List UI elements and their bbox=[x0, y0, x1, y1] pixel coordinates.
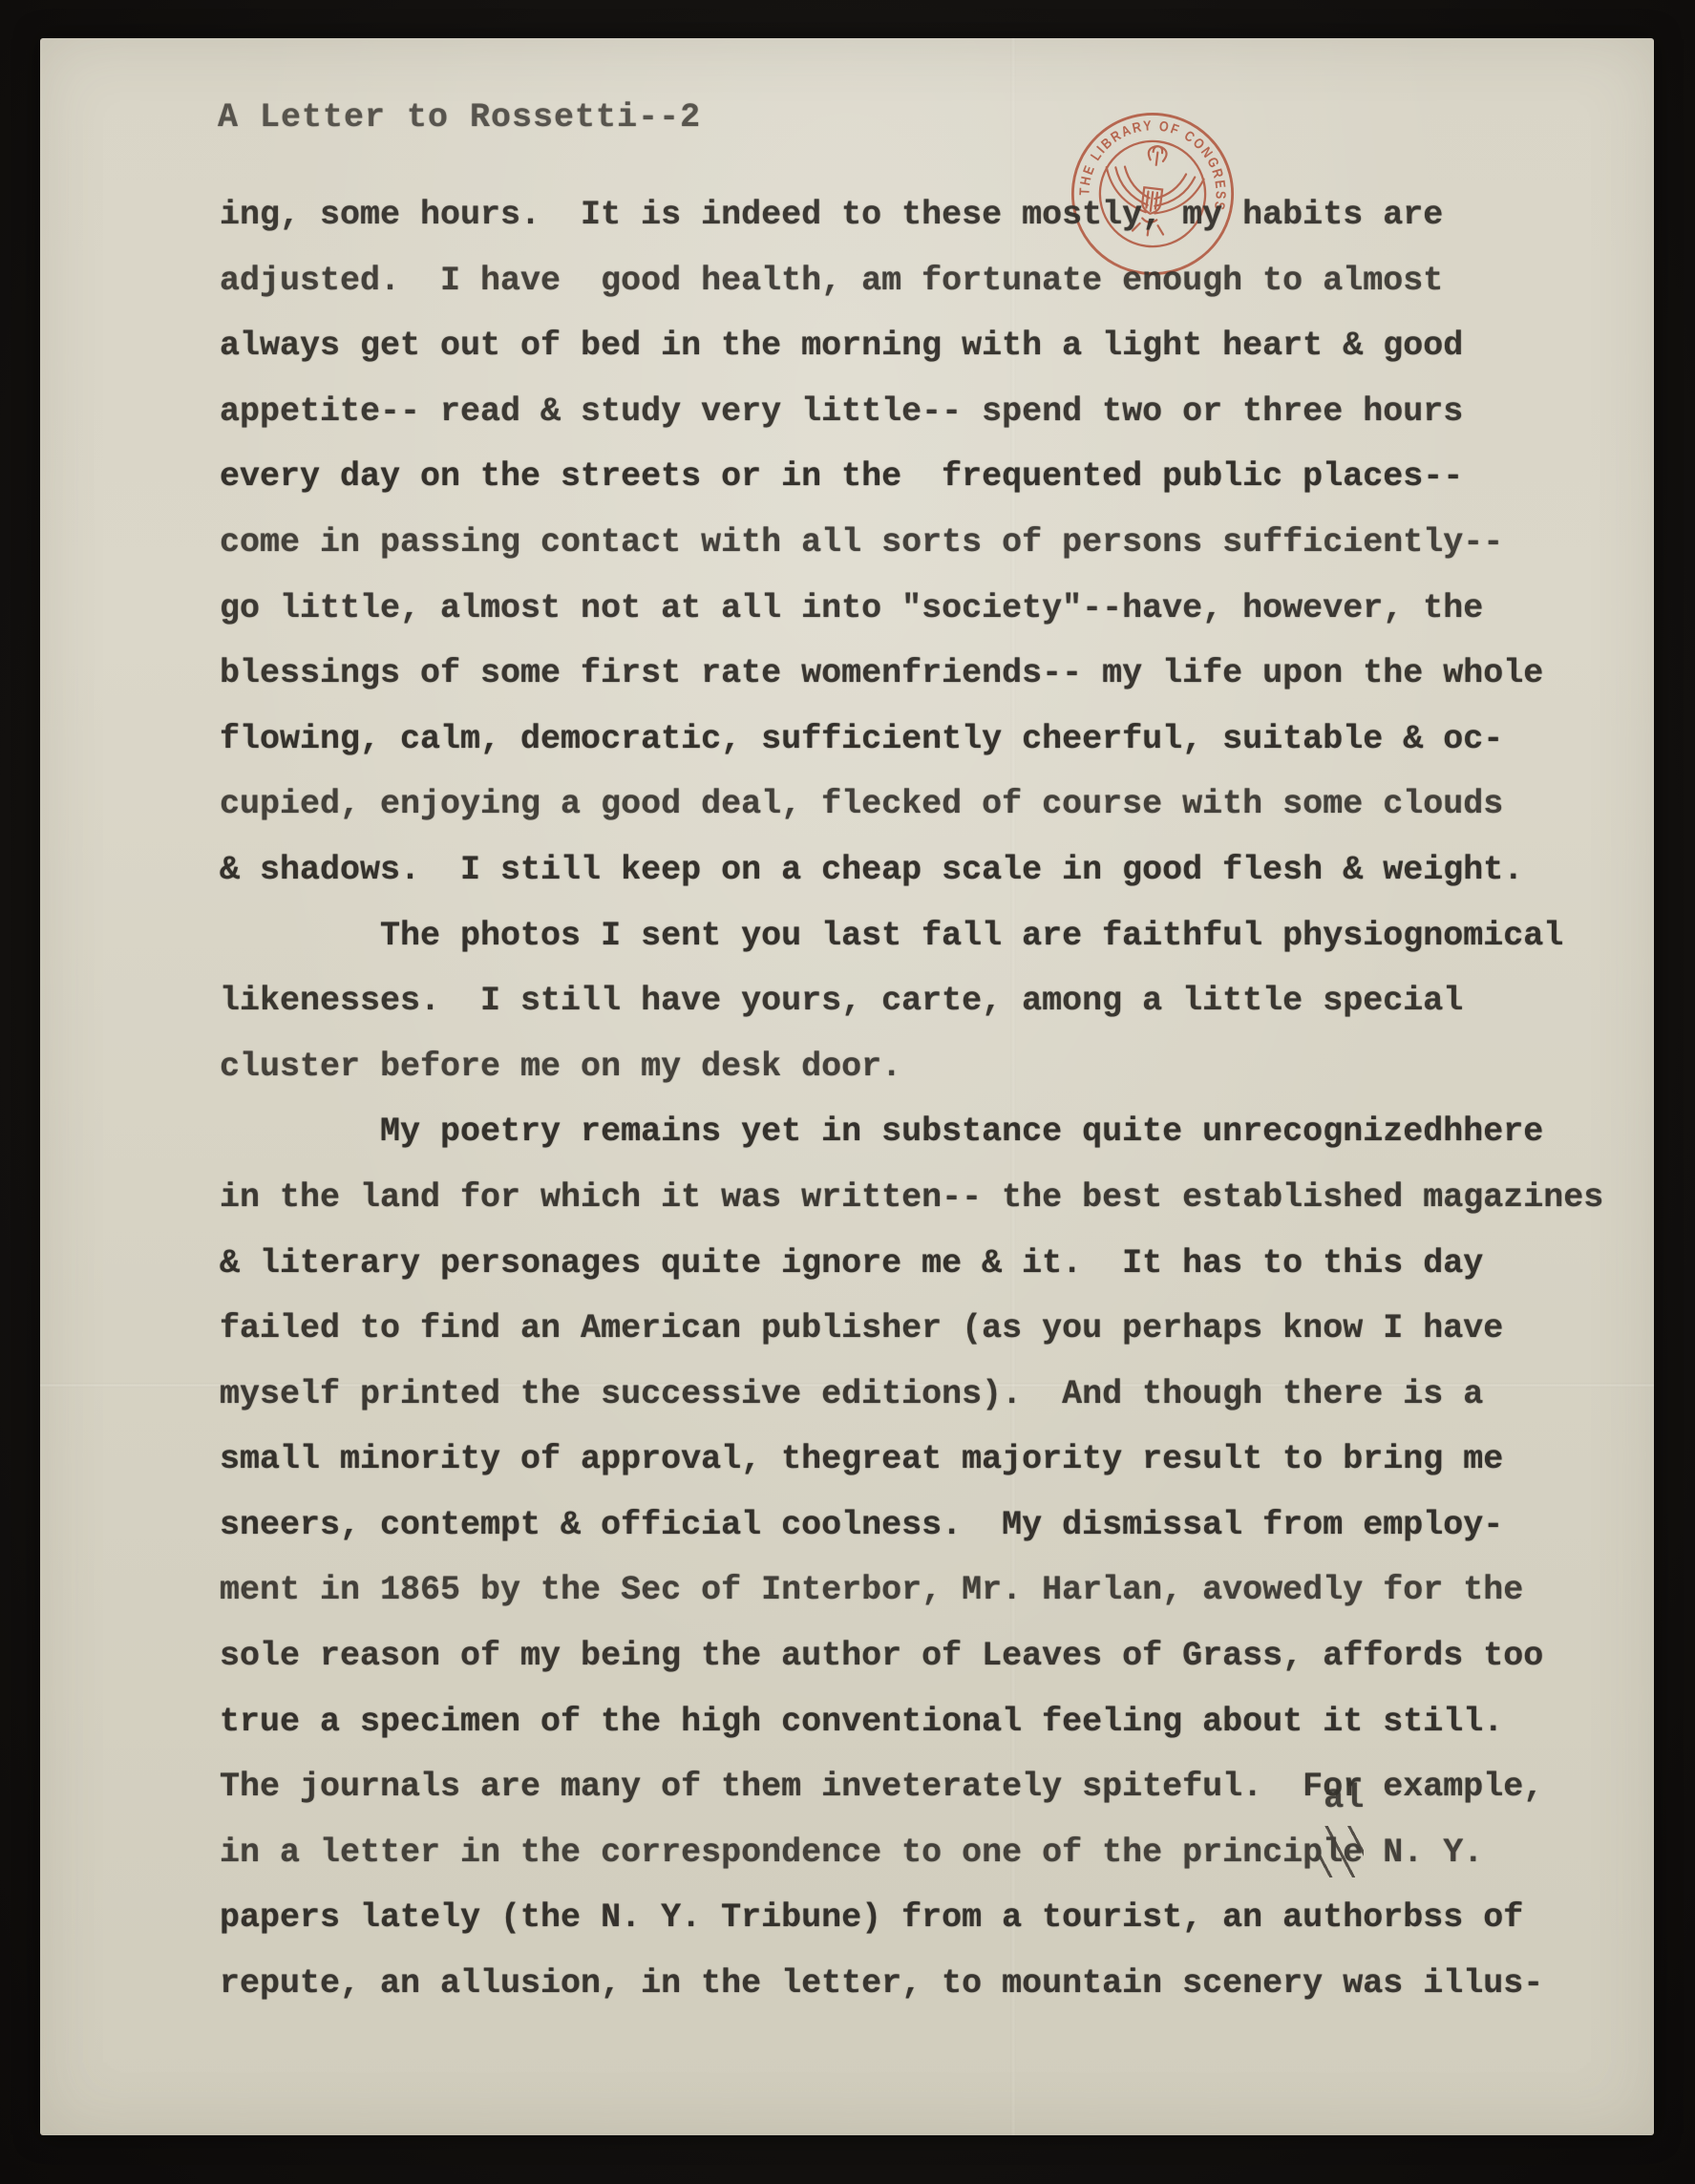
letter-line: in a letter in the correspondence to one… bbox=[220, 1820, 1633, 1886]
letter-line: ment in 1865 by the Sec of Interbor, Mr.… bbox=[220, 1558, 1633, 1623]
letter-line: sneers, contempt & official coolness. My… bbox=[220, 1493, 1633, 1558]
letter-line: failed to find an American publisher (as… bbox=[220, 1296, 1633, 1362]
letter-line: The journals are many of them inveterate… bbox=[220, 1754, 1633, 1820]
letter-line: blessings of some first rate womenfriend… bbox=[220, 641, 1633, 707]
letter-line: The photos I sent you last fall are fait… bbox=[220, 903, 1633, 969]
letter-line: cupied, enjoying a good deal, flecked of… bbox=[220, 772, 1633, 838]
struck-text: leal bbox=[1323, 1820, 1363, 1886]
letter-line: flowing, calm, democratic, sufficiently … bbox=[220, 707, 1633, 773]
letter-line: in the land for which it was written-- t… bbox=[220, 1165, 1633, 1231]
letter-line: appetite-- read & study very little-- sp… bbox=[220, 379, 1633, 445]
letter-body: ing, some hours. It is indeed to these m… bbox=[220, 182, 1633, 2017]
letter-line: repute, an allusion, in the letter, to m… bbox=[220, 1951, 1633, 2017]
letter-line: myself printed the successive editions).… bbox=[220, 1362, 1633, 1428]
typed-correction: al bbox=[1324, 1776, 1364, 1820]
letter-line: cluster before me on my desk door. bbox=[220, 1034, 1633, 1100]
letter-line: small minority of approval, thegreat maj… bbox=[220, 1427, 1633, 1493]
letter-line: likenesses. I still have yours, carte, a… bbox=[220, 968, 1633, 1034]
letter-line: My poetry remains yet in substance quite… bbox=[220, 1099, 1633, 1165]
letter-line: adjusted. I have good health, am fortuna… bbox=[220, 248, 1633, 314]
letter-line: & shadows. I still keep on a cheap scale… bbox=[220, 838, 1633, 903]
letter-line: come in passing contact with all sorts o… bbox=[220, 510, 1633, 576]
letter-line: true a specimen of the high conventional… bbox=[220, 1689, 1633, 1755]
letter-line: every day on the streets or in the frequ… bbox=[220, 444, 1633, 510]
letter-line: papers lately (the N. Y. Tribune) from a… bbox=[220, 1885, 1633, 1951]
letter-line: always get out of bed in the morning wit… bbox=[220, 313, 1633, 379]
letter-line: & literary personages quite ignore me & … bbox=[220, 1231, 1633, 1297]
letter-line: go little, almost not at all into "socie… bbox=[220, 576, 1633, 642]
scan-background: A Letter to Rossetti--2 THE LIBRARY OF C… bbox=[0, 0, 1695, 2184]
letter-line: ing, some hours. It is indeed to these m… bbox=[220, 182, 1633, 248]
letter-line: sole reason of my being the author of Le… bbox=[220, 1623, 1633, 1689]
letter-page: A Letter to Rossetti--2 THE LIBRARY OF C… bbox=[40, 38, 1654, 2135]
letter-title: A Letter to Rossetti--2 bbox=[218, 98, 701, 137]
